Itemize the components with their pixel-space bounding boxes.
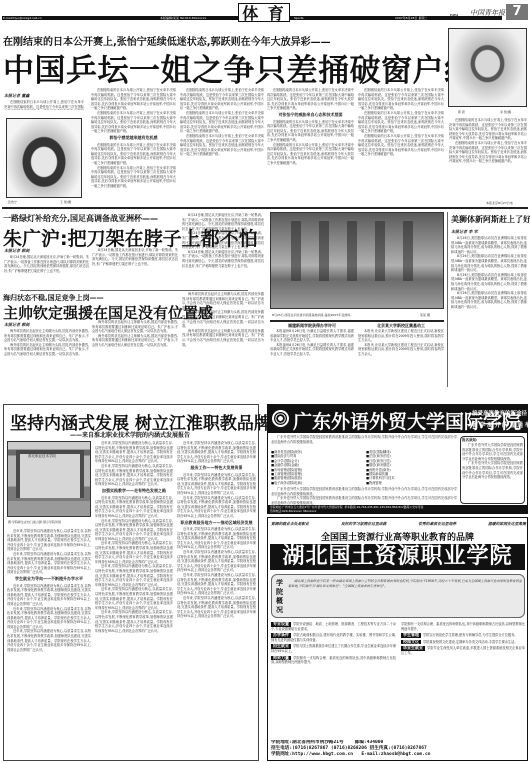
divider-zhu bbox=[20, 290, 248, 291]
zhu-byline: 本报记者 郭剑 bbox=[4, 248, 29, 254]
tagline-item: 宽阔的就业去处是职业 bbox=[271, 521, 309, 527]
lead-subhead: 郭怡宁感觉越来越有危机感 bbox=[91, 136, 176, 141]
zhang-yining-caption-credit: 王 凯/摄 bbox=[60, 200, 71, 204]
lineup-col-3-text: 海外球员的状态起伏让主帅颇为头疼,国足内部竞争激烈,所有球员都需要通过训练和比赛… bbox=[182, 292, 264, 310]
address-value: 湖北省荆州市荆沙路21号 bbox=[292, 740, 343, 745]
hubei-title-banner: 湖北国土资源职业学院 bbox=[270, 544, 525, 570]
huaiyin-section-1: 服务工作——特色大发展背景 bbox=[177, 466, 256, 471]
huaiyin-text: 近年来,学院坚持以内涵建设为核心,以质量求生存,以特色求发展,不断深化教育教学改… bbox=[95, 464, 173, 487]
lead-source: 本报北京8月27日电 bbox=[486, 201, 513, 205]
huaiyin-text: 近年来,学院坚持以内涵建设为核心,以质量求生存,以特色求发展,不断深化教育教学改… bbox=[177, 527, 256, 550]
website-link[interactable]: http://www.hbgt.com.cn bbox=[292, 752, 353, 757]
masthead-stripes-icon: \\\\\\ bbox=[450, 13, 458, 21]
gdufs-programs-right: ■英语(国际翻译) ■法语(商务法语) ■日语(商务日语) ■德语(商务德语) … bbox=[366, 450, 458, 485]
lead-col-2-text: 在刚刚结束的日本乒乓球公开赛上,张怡宁在女单半决赛中再次输给郭跃。这是张怡宁今年… bbox=[91, 88, 176, 111]
huaiyin-col-1: 近年来,学院坚持以内涵建设为核心,以质量求生存,以特色求发展,不断深化教育教学改… bbox=[7, 529, 91, 757]
huaiyin-col-2: 近年来,学院坚持以内涵建设为核心,以质量求生存,以特色求发展,不断深化教育教学改… bbox=[95, 441, 173, 757]
gdufs-body-text: 广东外语外贸大学国际学院是经国家教育部批准设立的国际合作办学机构,学院开设中外合… bbox=[271, 487, 457, 496]
zhu-col-2-text: 8月24日晚,国足从天津返回北京,开始了新一轮集训。朱广沪表示,一切准备工作都在… bbox=[92, 248, 178, 266]
lineup-byline: 本报记者 郭剑 bbox=[4, 322, 29, 328]
zhu-col-1: 8月24日晚,国足从天津返回北京,开始了新一轮集训。朱广沪表示,一切准备工作都在… bbox=[4, 255, 89, 287]
section-label-campus-culture: 校园文化 bbox=[401, 640, 421, 645]
lead-col-2-text: 在刚刚结束的日本乒乓球公开赛上,张怡宁在女单半决赛中再次输给郭跃。这是张怡宁今年… bbox=[91, 111, 176, 134]
lead-byline: 本报记者 董鑫 bbox=[4, 93, 29, 99]
divider-nba bbox=[447, 212, 448, 387]
lead-col-5: 在刚刚结束的日本乒乓球公开赛上,张怡宁在女单半决赛中再次输给郭跃。这是张怡宁今年… bbox=[358, 88, 444, 206]
mid-story-1: 福建新闻学院获得办学许可 本报福州8月26日电 为满足日益增长的人才需求,福建省… bbox=[270, 323, 354, 385]
masthead-section-en: Sports bbox=[294, 16, 304, 20]
zhu-col-3-text: 8月24日晚,国足从天津返回北京,开始了新一轮集训。朱广沪表示,一切准备工作都在… bbox=[182, 231, 264, 249]
lead-subhead-2: 对张怡宁的威胁来自心态和技术层面 bbox=[267, 113, 354, 118]
zhu-col-2: 8月24日晚,国足从天津返回北京,开始了新一轮集训。朱广沪表示,一切准备工作都在… bbox=[92, 248, 178, 287]
huaiyin-text: 近年来,学院坚持以内涵建设为核心,以质量求生存,以特色求发展,不断深化教育教学改… bbox=[95, 564, 173, 587]
huaiyin-text: 近年来,学院坚持以内涵建设为核心,以质量求生存,以特色求发展,不断深化教育教学改… bbox=[95, 541, 173, 564]
lineup-col-1-text: 海外球员的状态起伏让主帅颇为头疼,国足内部竞争激烈,所有球员都需要通过训练和比赛… bbox=[4, 329, 89, 343]
email-label: E-mail: bbox=[361, 752, 380, 757]
huaiyin-text: 近年来,学院坚持以内涵建设为核心,以质量求生存,以特色求发展,不断深化教育教学改… bbox=[95, 587, 173, 610]
lead-col-5-text: 在刚刚结束的日本乒乓球公开赛上,张怡宁在女单半决赛中再次输给郭跃。这是张怡宁今年… bbox=[358, 88, 444, 111]
training-photo-caption: 8月25日,国足在河北香河训练基地训练,备战2007年亚洲杯。 bbox=[272, 313, 353, 317]
huaiyin-text: 近年来,学院坚持以内涵建设为核心,以质量求生存,以特色求发展,不断深化教育教学改… bbox=[95, 610, 173, 633]
phone-value: (0716)8267867 (0716)8268206 bbox=[292, 746, 367, 751]
lead-col-3-text: 在刚刚结束的日本乒乓球公开赛上,张怡宁在女单半决赛中再次输给郭跃。这是张怡宁今年… bbox=[180, 111, 264, 134]
address-label: 学院地址: bbox=[271, 740, 292, 745]
huaiyin-section-3: 学生就业为导向——不断提升办学水平 bbox=[7, 577, 91, 582]
gdufs-programs-left: ■商务英语(国际商务) ■国际经济与贸易 ■会计学(国际会计) ■金融学(国际金… bbox=[271, 450, 363, 485]
huaiyin-text: 近年来,学院坚持以内涵建设为核心,以质量求生存,以特色求发展,不断深化教育教学改… bbox=[177, 550, 256, 573]
huaiyin-text: 近年来,学院坚持以内涵建设为核心,以质量求生存,以特色求发展,不断深化教育教学改… bbox=[7, 584, 91, 607]
gdufs-slogan-1: 接受高等教育的新途径 bbox=[472, 409, 527, 417]
mid-story-1-text: 本报福州8月26日电 为满足日益增长的人才需求,福建省新闻学院正式获准开始招生,… bbox=[270, 343, 354, 357]
email-link[interactable]: zhaosb@hbgt.com.cn bbox=[381, 752, 431, 757]
phone-label: 招生电话: bbox=[271, 746, 292, 751]
lead-col-4-text: 在刚刚结束的日本乒乓球公开赛上,张怡宁在女单半决赛中再次输给郭跃。这是张怡宁今年… bbox=[267, 120, 354, 143]
tagline-item: 良好的学习氛围在这里成就 bbox=[341, 521, 387, 527]
lead-intro-text: 在刚刚结束的日本乒乓球公开赛上,张怡宁在女单半决赛中再次输给郭跃。这是张怡宁今年… bbox=[4, 100, 84, 110]
nba-byline: 本报记者 李 军 bbox=[451, 229, 478, 235]
paper-logo: 中国青年报 bbox=[470, 8, 505, 18]
mid-story-1-text: 本报福州8月26日电 为满足日益增长的人才需求,福建省新闻学院正式获准开始招生,… bbox=[270, 329, 354, 343]
lead-col-6-text: 在刚刚结束的日本乒乓球公开赛上,张怡宁在女单半决赛中再次输给郭跃。这是张怡宁今年… bbox=[449, 141, 527, 164]
lead-col-3: 在刚刚结束的日本乒乓球公开赛上,张怡宁在女单半决赛中再次输给郭跃。这是张怡宁今年… bbox=[180, 88, 264, 206]
nba-body-text: 8月26日,美国篮球运动员在亚洲锦标赛上取得佳绩,NBA一直被视为篮球最高殿堂。… bbox=[451, 236, 527, 254]
divider-lead bbox=[2, 207, 528, 209]
huaiyin-text: 近年来,学院坚持以内涵建设为核心,以质量求生存,以特色求发展,不断深化教育教学改… bbox=[177, 573, 256, 596]
section-title: 体 育 bbox=[242, 1, 286, 24]
zhang-yining-photo bbox=[6, 118, 82, 198]
hubei-overview-label: 学院概况 bbox=[276, 578, 284, 614]
lineup-col-2: 海外球员的状态起伏让主帅颇为头疼,国足内部竞争激烈,所有球员都需要通过训练和比赛… bbox=[92, 320, 178, 385]
gdufs-sidebar-text: 广东外语外贸大学国际学院是经国家教育部批准设立的国际合作办学机构,学院开设中外合… bbox=[462, 443, 523, 461]
zhu-col-3: 8月24日晚,国足从天津返回北京,开始了新一轮集训。朱广沪表示,一切准备工作都在… bbox=[182, 213, 264, 287]
section-text: 学院实行规范化学生管理,配有专职辅导员,为学生提供全方位服务。 bbox=[423, 633, 517, 637]
mid-story-2: 北京某大学新校区奠基动工 本报讯 北京某大学新校区建设工程近日正式启动,新校区规… bbox=[358, 323, 444, 385]
divider-photo bbox=[270, 320, 444, 322]
huaiyin-text: 近年来,学院坚持以内涵建设为核心,以质量求生存,以特色求发展,不断深化教育教学改… bbox=[95, 496, 173, 519]
hubei-contact-row-3: 学院网址:http://www.hbgt.com.cn E-mail:zhaos… bbox=[271, 752, 526, 758]
huaiyin-section-2: 加强实践教学——走有特色发展之路 bbox=[95, 489, 173, 494]
lead-col-5-text: 在刚刚结束的日本乒乓球公开赛上,张怡宁在女单半决赛中再次输给郭跃。这是张怡宁今年… bbox=[358, 111, 444, 134]
gdufs-intro: 广东外语外贸大学国际学院是经国家教育部批准设立的国际合作办学机构,学院开设中外合… bbox=[271, 435, 457, 449]
gdufs-footer: 学院地址:广州市白云大道北2号广东外语外贸大学国际学院 乘车路线:16,744,… bbox=[268, 505, 527, 514]
gate-sign: 淮北职业技术学院 bbox=[28, 454, 56, 459]
gdufs-ad: 广东外语外贸大学国际学院 接受高等教育的新途径 留学海外的直通车 广东外语外贸大… bbox=[267, 404, 528, 514]
huaiyin-text: 近年来,学院坚持以内涵建设为核心,以质量求生存,以特色求发展,不断深化教育教学改… bbox=[177, 441, 256, 464]
section-text: 学院重视校园文化建设,定期举办各类文体活动,丰富学生课余生活。 bbox=[423, 640, 517, 644]
training-photo-credit: 某某 摄 bbox=[420, 313, 430, 317]
gdufs-body-text: 广东外语外贸大学国际学院是经国家教育部批准设立的国际合作办学机构,学院开设中外合… bbox=[271, 496, 457, 505]
huaiyin-ad: 坚持内涵式发展 树立江淮职教品牌 ——来自淮北职业技术学院的内涵式发展报告 淮北… bbox=[3, 404, 259, 761]
nba-body: 8月26日,美国篮球运动员在亚洲锦标赛上取得佳绩,NBA一直被视为篮球最高殿堂。… bbox=[451, 236, 527, 386]
fax-label: 招生传真: bbox=[370, 746, 391, 751]
postcode-value: 434000 bbox=[367, 740, 384, 745]
lead-col-2-text: 在刚刚结束的日本乒乓球公开赛上,张怡宁在女单半决赛中再次输给郭跃。这是张怡宁今年… bbox=[91, 166, 176, 189]
fax-value: (0716)8267867 bbox=[391, 746, 427, 751]
lineup-col-2-text: 海外球员的状态起伏让主帅颇为头疼,国足内部竞争激烈,所有球员都需要通过训练和比赛… bbox=[92, 320, 178, 334]
huaiyin-text: 近年来,学院坚持以内涵建设为核心,以质量求生存,以特色求发展,不断深化教育教学改… bbox=[177, 496, 256, 519]
mid-story-2-body: 本报讯 北京某大学新校区建设工程近日正式启动,新校区规划面积达数百亩,预计将在2… bbox=[358, 329, 444, 385]
zhu-col-3-text: 8月24日晚,国足从天津返回北京,开始了新一轮集训。朱广沪表示,一切准备工作都在… bbox=[182, 250, 264, 268]
postcode-label: 邮编: bbox=[355, 740, 367, 745]
gdufs-slogan-2: 留学海外的直通车 bbox=[472, 420, 530, 429]
lead-col-4-text: 在刚刚结束的日本乒乓球公开赛上,张怡宁在女单半决赛中再次输给郭跃。这是张怡宁今年… bbox=[267, 88, 354, 111]
gdufs-sidebar-text: 广东外语外贸大学国际学院是经国家教育部批准设立的国际合作办学机构,学院开设中外合… bbox=[462, 461, 523, 479]
program-item: ■物流管理 bbox=[366, 481, 458, 485]
section-label-student-mgmt: 学生管理 bbox=[401, 633, 421, 638]
hubei-ad: 宽阔的就业去处是职业 良好的学习氛围在这里成就 优秀的素质在这里培养 温暖的家园… bbox=[267, 517, 528, 761]
guo-yue-caption-credit: 李 凯/摄 bbox=[500, 110, 511, 114]
huaiyin-text: 近年来,学院坚持以内涵建设为核心,以质量求生存,以特色求发展,不断深化教育教学改… bbox=[95, 519, 173, 542]
huaiyin-subtitle: ——来自淮北职业技术学院的内涵式发展报告 bbox=[70, 430, 190, 439]
lead-col-5-text: 在刚刚结束的日本乒乓球公开赛上,张怡宁在女单半决赛中再次输给郭跃。这是张怡宁今年… bbox=[358, 134, 444, 157]
gdufs-banner: 广东外语外贸大学国际学院 接受高等教育的新途径 留学海外的直通车 bbox=[268, 405, 527, 433]
huaiyin-text: 近年来,学院坚持以内涵建设为核心,以质量求生存,以特色求发展,不断深化教育教学改… bbox=[177, 473, 256, 496]
hubei-overview-box: 学院概况 湖北国土资源职业学院是一所由湖北省国土资源厅主管的全日制普通高等职业院… bbox=[271, 574, 525, 618]
masthead-email: E-mail:tiyu@xxxgd.net.cn bbox=[3, 16, 42, 20]
web-label: 学院网址: bbox=[271, 752, 292, 757]
hubei-col-left: 专业设置学院开设测绘、地质、土地管理、资源勘查、工程技术等专业方向二十余个,专业… bbox=[271, 622, 396, 740]
hubei-tagline: 宽阔的就业去处是职业 良好的学习氛围在这里成就 优秀的素质在这里培养 温暖的家园… bbox=[271, 521, 526, 527]
mid-story-2-text: 本报讯 北京某大学新校区建设工程近日正式启动,新校区规划面积达数百亩,预计将在2… bbox=[358, 343, 444, 357]
gdufs-emblem-icon bbox=[272, 410, 289, 427]
players-silhouette bbox=[291, 221, 431, 281]
lineup-col-3-text: 海外球员的状态起伏让主帅颇为头疼,国足内部竞争激烈,所有球员都需要通过训练和比赛… bbox=[182, 329, 264, 347]
hubei-overview-text: 湖北国土资源职业学院是一所由湖北省国土资源厅主管的全日制普通高等职业院校,学院创… bbox=[288, 579, 522, 615]
lead-col-3-text: 在刚刚结束的日本乒乓球公开赛上,张怡宁在女单半决赛中再次输给郭跃。这是张怡宁今年… bbox=[180, 88, 264, 111]
hubei-subtitle: 全国国土资源行业高等职业教育的品牌 bbox=[268, 530, 527, 543]
lead-col-2-text: 在刚刚结束的日本乒乓球公开赛上,张怡宁在女单半决赛中再次输给郭跃。这是张怡宁今年… bbox=[91, 143, 176, 166]
guo-yue-caption-name: 郭 跃 bbox=[458, 110, 465, 114]
masthead-editor: 本版编辑/某某 Tel:010-84xxxxxx bbox=[160, 16, 206, 20]
gdufs-intro-text: 广东外语外贸大学国际学院是经国家教育部批准设立的国际合作办学机构,学院开设中外合… bbox=[271, 435, 457, 444]
nba-body-text: 8月26日,美国篮球运动员在亚洲锦标赛上取得佳绩,NBA一直被视为篮球最高殿堂。… bbox=[451, 291, 527, 309]
page-number: 7 bbox=[512, 4, 521, 19]
gdufs-footer-bus: 乘车路线:16,744,245,261,125,801,864,812路等公交车… bbox=[344, 505, 423, 509]
lead-intro: 在刚刚结束的日本乒乓球公开赛上,张怡宁在女单半决赛中再次输给郭跃。这是张怡宁今年… bbox=[4, 100, 84, 110]
lead-col-6: 在刚刚结束的日本乒乓球公开赛上,张怡宁在女单半决赛中再次输给郭跃。这是张怡宁今年… bbox=[449, 118, 527, 198]
tagline-item: 优秀的素质在这里培养 bbox=[418, 521, 456, 527]
lead-headline: 中国乒坛一姐之争只差捅破窗户纸 bbox=[3, 45, 476, 90]
lead-col-3-text: 在刚刚结束的日本乒乓球公开赛上,张怡宁在女单半决赛中再次输给郭跃。这是张怡宁今年… bbox=[180, 134, 264, 157]
hubei-col-right: 学院拥有一支结构合理、素质优良的师资队伍,其中高级职称教师占比较高,双师型教师比… bbox=[401, 622, 525, 740]
hubei-overview-paragraph: 湖北国土资源职业学院是一所由湖北省国土资源厅主管的全日制普通高等职业院校,学院创… bbox=[288, 579, 522, 588]
huaiyin-text: 近年来,学院坚持以内涵建设为核心,以质量求生存,以特色求发展,不断深化教育教学改… bbox=[95, 441, 173, 464]
lead-col-2: 在刚刚结束的日本乒乓球公开赛上,张怡宁在女单半决赛中再次输给郭跃。这是张怡宁今年… bbox=[91, 88, 176, 206]
program-item: ■电子商务(国际电商) bbox=[271, 481, 363, 485]
huaiyin-section-4: 职业教育服务地方——推动区域经济发展 bbox=[177, 521, 256, 526]
school-gate-photo: 淮北职业技术学院 bbox=[7, 441, 91, 517]
lead-col-6-text: 在刚刚结束的日本乒乓球公开赛上,张怡宁在女单半决赛中再次输给郭跃。这是张怡宁今年… bbox=[449, 118, 527, 141]
tagline-item: 温暖的家园在这里集聚 bbox=[488, 521, 526, 527]
lineup-col-3-text: 海外球员的状态起伏让主帅颇为头疼,国足内部竞争激烈,所有球员都需要通过训练和比赛… bbox=[182, 310, 264, 328]
mid-story-1-body: 本报福州8月26日电 为满足日益增长的人才需求,福建省新闻学院正式获准开始招生,… bbox=[270, 329, 354, 385]
zhu-col-1-text: 8月24日晚,国足从天津返回北京,开始了新一轮集训。朱广沪表示,一切准备工作都在… bbox=[4, 255, 89, 273]
zhu-col-3-text: 8月24日晚,国足从天津返回北京,开始了新一轮集训。朱广沪表示,一切准备工作都在… bbox=[182, 213, 264, 231]
page-number-box: 7 bbox=[506, 4, 528, 20]
huaiyin-text: 近年来,学院坚持以内涵建设为核心,以质量求生存,以特色求发展,不断深化教育教学改… bbox=[7, 552, 91, 575]
lineup-col-3: 海外球员的状态起伏让主帅颇为头疼,国足内部竞争激烈,所有球员都需要通过训练和比赛… bbox=[182, 292, 264, 385]
gdufs-footer-phone: 咨询电话:020-36xxxxxx 36xxxxxx bbox=[270, 509, 525, 513]
huaiyin-text: 近年来,学院坚持以内涵建设为核心,以质量求生存,以特色求发展,不断深化教育教学改… bbox=[7, 629, 91, 652]
huaiyin-text: 近年来,学院坚持以内涵建设为核心,以质量求生存,以特色求发展,不断深化教育教学改… bbox=[7, 529, 91, 552]
section-title-box: 体 育 bbox=[238, 3, 290, 22]
huaiyin-col-3: 近年来,学院坚持以内涵建设为核心,以质量求生存,以特色求发展,不断深化教育教学改… bbox=[177, 441, 256, 757]
nba-body-text: 8月26日,美国篮球运动员在亚洲锦标赛上取得佳绩,NBA一直被视为篮球最高殿堂。… bbox=[451, 254, 527, 272]
gdufs-sidebar-body: 广东外语外贸大学国际学院是经国家教育部批准设立的国际合作办学机构,学院开设中外合… bbox=[462, 443, 523, 503]
training-photo bbox=[270, 212, 444, 309]
lineup-col-1: 海外球员的状态起伏让主帅颇为头疼,国足内部竞争激烈,所有球员都需要通过训练和比赛… bbox=[4, 329, 89, 385]
masthead: E-mail:tiyu@xxxgd.net.cn 本版编辑/某某 Tel:010… bbox=[0, 0, 530, 24]
lead-col-4: 在刚刚结束的日本乒乓球公开赛上,张怡宁在女单半决赛中再次输给郭跃。这是张怡宁今年… bbox=[267, 88, 354, 206]
nba-headline: 美狮体新阿斯赶上了好时候 bbox=[451, 214, 530, 225]
huaiyin-text: 近年来,学院坚持以内涵建设为核心,以质量求生存,以特色求发展,不断深化教育教学改… bbox=[177, 596, 256, 619]
gdufs-body: 广东外语外贸大学国际学院是经国家教育部批准设立的国际合作办学机构,学院开设中外合… bbox=[271, 487, 457, 505]
hubei-title: 湖北国土资源职业学院 bbox=[282, 544, 512, 569]
lead-col-4-text: 在刚刚结束的日本乒乓球公开赛上,张怡宁在女单半决赛中再次输给郭跃。这是张怡宁今年… bbox=[267, 143, 354, 166]
hubei-contact: 学院地址:湖北省荆州市荆沙路21号 邮编:434000 招生电话:(0716)8… bbox=[271, 740, 526, 759]
lineup-col-2-text: 海外球员的状态起伏让主帅颇为头疼,国足内部竞争激烈,所有球员都需要通过训练和比赛… bbox=[92, 334, 178, 348]
masthead-date: 2007年8月28日 星期二 bbox=[395, 16, 427, 20]
mid-story-2-text: 本报讯 北京某大学新校区建设工程近日正式启动,新校区规划面积达数百亩,预计将在2… bbox=[358, 329, 444, 343]
zhang-yining-caption-name: 张怡宁 bbox=[8, 200, 17, 204]
nba-body-text: 8月26日,美国篮球运动员在亚洲锦标赛上取得佳绩,NBA一直被视为篮球最高殿堂。… bbox=[451, 273, 527, 291]
lineup-col-1-text: 海外球员的状态起伏让主帅颇为头疼,国足内部竞争激烈,所有球员都需要通过训练和比赛… bbox=[4, 343, 89, 357]
gdufs-sidebar: 报名须知: 广东外语外贸大学国际学院是经国家教育部批准设立的国际合作办学机构,学… bbox=[460, 436, 525, 504]
gate-photo-caption: 图:学院师生在校门前合影,展示学院风貌 bbox=[8, 520, 92, 524]
huaiyin-text: 近年来,学院坚持以内涵建设为核心,以质量求生存,以特色求发展,不断深化教育教学改… bbox=[7, 607, 91, 630]
section-text: 学院拥有一支结构合理、素质优良的师资队伍,其中高级职称教师占比较高,双师型教师比… bbox=[401, 622, 525, 631]
guo-yue-photo bbox=[448, 28, 527, 107]
zhu-kicker: 一路绿灯补给充分,国足高调备战亚洲杯—— bbox=[3, 213, 158, 224]
